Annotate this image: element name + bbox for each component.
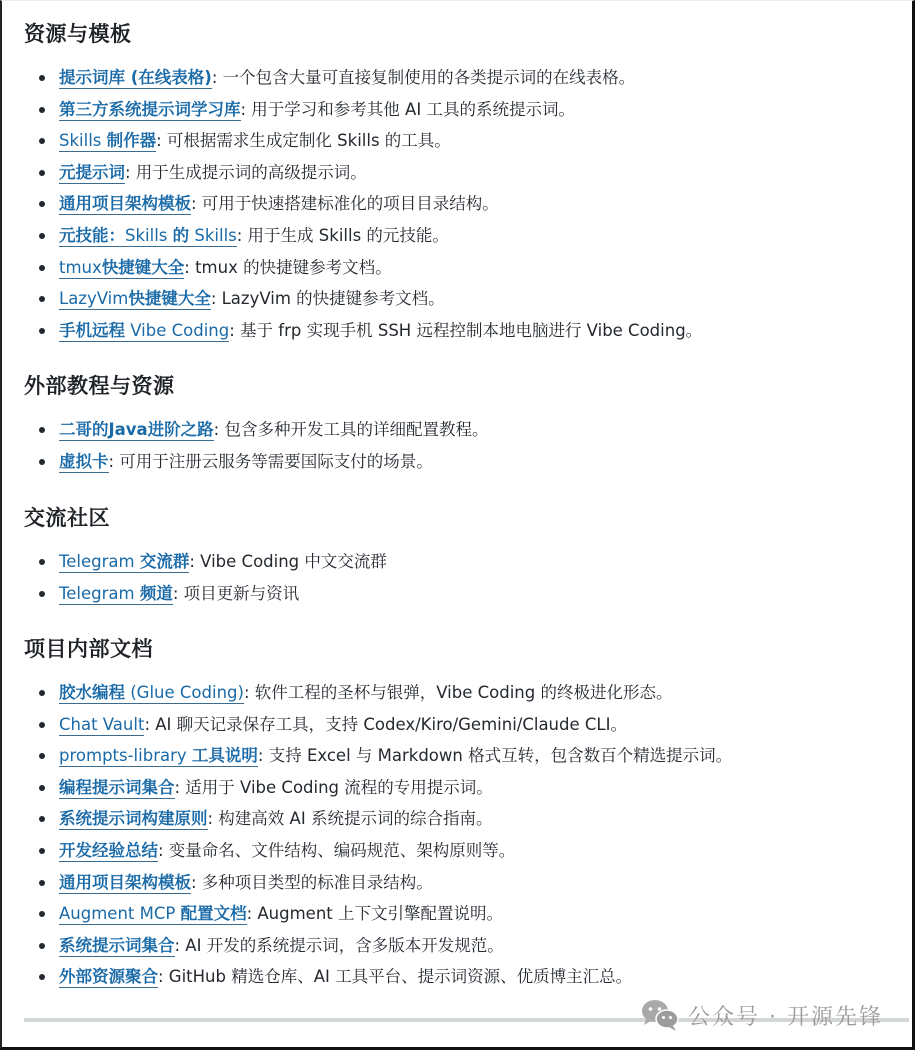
section-heading: 项目内部文档 — [24, 635, 153, 663]
item-description: : 变量命名、文件结构、编码规范、架构原则等。 — [158, 841, 515, 860]
list-item: 二哥的Java进阶之路: 包含多种开发工具的详细配置教程。 — [24, 414, 904, 446]
section-list: 提示词库 (在线表格): 一个包含大量可直接复制使用的各类提示词的在线表格。第三… — [24, 62, 904, 346]
item-description: : 用于学习和参考其他 AI 工具的系统提示词。 — [241, 100, 575, 119]
resource-link[interactable]: tmux快捷键大全 — [59, 258, 184, 279]
resource-link[interactable]: prompts-library 工具说明 — [59, 746, 258, 767]
link-text: Chat Vault — [59, 715, 144, 734]
item-description: : 可用于注册云服务等需要国际支付的场景。 — [109, 452, 433, 471]
item-description: : tmux 的快捷键参考文档。 — [184, 258, 391, 277]
list-item: prompts-library 工具说明: 支持 Excel 与 Markdow… — [24, 740, 904, 772]
item-description: : Augment 上下文引擎配置说明。 — [247, 904, 503, 923]
list-item: Chat Vault: AI 聊天记录保存工具，支持 Codex/Kiro/Ge… — [24, 709, 904, 741]
section-heading: 外部教程与资源 — [24, 372, 175, 400]
link-text: LazyVim — [59, 289, 128, 308]
resource-link[interactable]: 系统提示词构建原则 — [59, 809, 208, 830]
list-item: 通用项目架构模板: 可用于快速搭建标准化的项目目录结构。 — [24, 188, 904, 220]
section-list: 胶水编程 (Glue Coding): 软件工程的圣杯与银弹，Vibe Codi… — [24, 677, 904, 993]
list-item: 通用项目架构模板: 多种项目类型的标准目录结构。 — [24, 867, 904, 899]
list-item: 系统提示词集合: AI 开发的系统提示词，含多版本开发规范。 — [24, 930, 904, 962]
link-text: 频道 — [140, 584, 173, 603]
link-text: 编程提示词集合 — [59, 778, 175, 797]
resource-link[interactable]: Skills 制作器 — [59, 131, 156, 152]
link-text: Vibe Coding — [125, 321, 229, 340]
list-item: tmux快捷键大全: tmux 的快捷键参考文档。 — [24, 252, 904, 284]
list-item: 提示词库 (在线表格): 一个包含大量可直接复制使用的各类提示词的在线表格。 — [24, 62, 904, 94]
link-text: Skills — [125, 226, 173, 245]
item-description: : 包含多种开发工具的详细配置教程。 — [214, 420, 489, 439]
resource-link[interactable]: 提示词库 (在线表格) — [59, 68, 212, 89]
list-item: 虚拟卡: 可用于注册云服务等需要国际支付的场景。 — [24, 446, 904, 478]
resource-link[interactable]: Chat Vault — [59, 715, 144, 736]
item-description: : 软件工程的圣杯与银弹，Vibe Coding 的终极进化形态。 — [244, 683, 673, 702]
item-description: : 用于生成 Skills 的元技能。 — [237, 226, 449, 245]
link-text: (Glue Coding) — [125, 683, 244, 702]
item-description: : 多种项目类型的标准目录结构。 — [191, 873, 433, 892]
resource-link[interactable]: 虚拟卡 — [59, 452, 109, 473]
item-description: : 用于生成提示词的高级提示词。 — [125, 163, 367, 182]
link-text: Telegram — [59, 584, 140, 603]
list-item: 第三方系统提示词学习库: 用于学习和参考其他 AI 工具的系统提示词。 — [24, 94, 904, 126]
resource-link[interactable]: Augment MCP 配置文档 — [59, 904, 247, 925]
section-list: Telegram 交流群: Vibe Coding 中文交流群Telegram … — [24, 546, 904, 609]
link-text: Telegram — [59, 552, 140, 571]
watermark: 公众号 · 开源先锋 — [640, 998, 883, 1032]
list-item: 手机远程 Vibe Coding: 基于 frp 实现手机 SSH 远程控制本地… — [24, 315, 904, 347]
resource-link[interactable]: Telegram 频道 — [59, 584, 173, 605]
list-item: 元技能：Skills 的 Skills: 用于生成 Skills 的元技能。 — [24, 220, 904, 252]
link-text: 虚拟卡 — [59, 452, 109, 471]
resource-link[interactable]: 系统提示词集合 — [59, 936, 175, 957]
item-description: : Vibe Coding 中文交流群 — [189, 552, 387, 571]
link-text: 快捷键大全 — [102, 258, 185, 277]
link-text: 外部资源聚合 — [59, 967, 158, 986]
link-text: prompts-library — [59, 746, 192, 765]
item-description: : 基于 frp 实现手机 SSH 远程控制本地电脑进行 Vibe Coding… — [229, 321, 702, 340]
item-description: : 支持 Excel 与 Markdown 格式互转，包含数百个精选提示词。 — [258, 746, 732, 765]
list-item: Telegram 频道: 项目更新与资讯 — [24, 578, 904, 610]
link-text: 胶水编程 — [59, 683, 125, 702]
link-text: 提示词库 (在线表格) — [59, 68, 212, 87]
wechat-icon — [640, 998, 680, 1032]
resource-link[interactable]: 通用项目架构模板 — [59, 873, 191, 894]
resource-link[interactable]: 胶水编程 (Glue Coding) — [59, 683, 244, 704]
list-item: Telegram 交流群: Vibe Coding 中文交流群 — [24, 546, 904, 578]
link-text: 系统提示词集合 — [59, 936, 175, 955]
link-text: 元提示词 — [59, 163, 125, 182]
link-text: 第三方系统提示词学习库 — [59, 100, 241, 119]
item-description: : GitHub 精选仓库、AI 工具平台、提示词资源、优质博主汇总。 — [158, 967, 632, 986]
link-text: Skills — [189, 226, 237, 245]
list-item: 外部资源聚合: GitHub 精选仓库、AI 工具平台、提示词资源、优质博主汇总… — [24, 961, 904, 993]
link-text: 二哥的Java进阶之路 — [59, 420, 214, 439]
list-item: Augment MCP 配置文档: Augment 上下文引擎配置说明。 — [24, 898, 904, 930]
item-description: : 构建高效 AI 系统提示词的综合指南。 — [208, 809, 493, 828]
item-description: : AI 开发的系统提示词，含多版本开发规范。 — [175, 936, 504, 955]
link-text: 通用项目架构模板 — [59, 194, 191, 213]
link-text: 手机远程 — [59, 321, 125, 340]
item-description: : 可用于快速搭建标准化的项目目录结构。 — [191, 194, 499, 213]
link-text: 元技能： — [59, 226, 125, 245]
resource-link[interactable]: 外部资源聚合 — [59, 967, 158, 988]
link-text: 开发经验总结 — [59, 841, 158, 860]
link-text: 的 — [173, 226, 190, 245]
resource-link[interactable]: 通用项目架构模板 — [59, 194, 191, 215]
item-description: : 可根据需求生成定制化 Skills 的工具。 — [156, 131, 451, 150]
link-text: 交流群 — [140, 552, 190, 571]
list-item: 编程提示词集合: 适用于 Vibe Coding 流程的专用提示词。 — [24, 772, 904, 804]
section-heading: 交流社区 — [24, 504, 110, 532]
list-item: LazyVim快捷键大全: LazyVim 的快捷键参考文档。 — [24, 283, 904, 315]
resource-link[interactable]: 二哥的Java进阶之路 — [59, 420, 214, 441]
link-text: 工具说明 — [192, 746, 258, 765]
resource-link[interactable]: 手机远程 Vibe Coding — [59, 321, 229, 342]
link-text: 配置文档 — [181, 904, 247, 923]
link-text: 通用项目架构模板 — [59, 873, 191, 892]
resource-link[interactable]: 元提示词 — [59, 163, 125, 184]
list-item: 胶水编程 (Glue Coding): 软件工程的圣杯与银弹，Vibe Codi… — [24, 677, 904, 709]
item-description: : 项目更新与资讯 — [173, 584, 299, 603]
list-item: 开发经验总结: 变量命名、文件结构、编码规范、架构原则等。 — [24, 835, 904, 867]
section-heading: 资源与模板 — [24, 20, 132, 48]
link-text: tmux — [59, 258, 102, 277]
resource-link[interactable]: 编程提示词集合 — [59, 778, 175, 799]
list-item: 系统提示词构建原则: 构建高效 AI 系统提示词的综合指南。 — [24, 803, 904, 835]
resource-link[interactable]: LazyVim快捷键大全 — [59, 289, 211, 310]
item-description: : AI 聊天记录保存工具，支持 Codex/Kiro/Gemini/Claud… — [144, 715, 627, 734]
link-text: Skills — [59, 131, 107, 150]
resource-link[interactable]: 第三方系统提示词学习库 — [59, 100, 241, 121]
resource-link[interactable]: Telegram 交流群 — [59, 552, 189, 573]
item-description: : 一个包含大量可直接复制使用的各类提示词的在线表格。 — [212, 68, 635, 87]
resource-link[interactable]: 元技能：Skills 的 Skills — [59, 226, 237, 247]
item-description: : 适用于 Vibe Coding 流程的专用提示词。 — [175, 778, 493, 797]
link-text: 快捷键大全 — [128, 289, 211, 308]
item-description: : LazyVim 的快捷键参考文档。 — [211, 289, 445, 308]
link-text: 系统提示词构建原则 — [59, 809, 208, 828]
section-list: 二哥的Java进阶之路: 包含多种开发工具的详细配置教程。虚拟卡: 可用于注册云… — [24, 414, 904, 477]
list-item: 元提示词: 用于生成提示词的高级提示词。 — [24, 157, 904, 189]
link-text: Augment MCP — [59, 904, 181, 923]
resource-link[interactable]: 开发经验总结 — [59, 841, 158, 862]
watermark-text: 公众号 · 开源先锋 — [688, 1000, 883, 1031]
link-text: 制作器 — [107, 131, 157, 150]
list-item: Skills 制作器: 可根据需求生成定制化 Skills 的工具。 — [24, 125, 904, 157]
